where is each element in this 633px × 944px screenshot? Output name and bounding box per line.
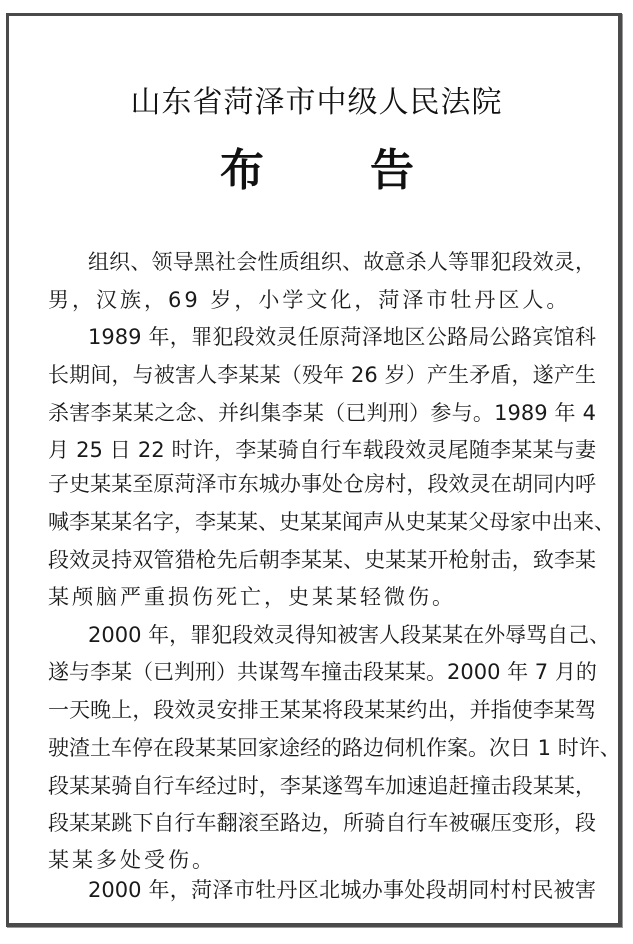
body-text-line: 2000 年，菏泽市牡丹区北城办事处段胡同村村民被害 bbox=[88, 876, 596, 904]
body-text-line: 一天晚上，段效灵安排王某某将段某某约出，并指使李某驾 bbox=[48, 696, 596, 724]
body-text-line: 子史某某至原菏泽市东城办事处仓房村，段效灵在胡同内呼 bbox=[48, 470, 596, 498]
body-text-line: 某某多处受伤。 bbox=[48, 846, 596, 874]
body-text-line: 段效灵持双管猎枪先后朝李某某、史某某开枪射击，致李某 bbox=[48, 546, 596, 574]
body-text-line: 杀害李某某之念、并纠集李某（已判刑）参与。1989 年 4 bbox=[48, 399, 596, 427]
body-text-line: 男，汉族，69 岁，小学文化，菏泽市牡丹区人。 bbox=[48, 286, 596, 314]
court-name-heading: 山东省菏泽市中级人民法院 bbox=[0, 84, 633, 122]
body-text-line: 段某某骑自行车经过时，李某遂驾车加速追赶撞击段某某， bbox=[48, 772, 596, 800]
notice-title-char-1: 布 bbox=[220, 145, 264, 197]
body-text-line: 驶渣土车停在段某某回家途经的路边伺机作案。次日 1 时许、 bbox=[48, 734, 596, 762]
body-text-line: 组织、领导黑社会性质组织、故意杀人等罪犯段效灵， bbox=[88, 248, 596, 276]
body-text-line: 喊李某某名字，李某某、史某某闻声从史某某父母家中出来、 bbox=[48, 508, 596, 536]
body-text-line: 1989 年，罪犯段效灵任原菏泽地区公路局公路宾馆科 bbox=[88, 323, 596, 351]
body-text-line: 月 25 日 22 时许，李某骑自行车载段效灵尾随李某某与妻 bbox=[48, 436, 596, 464]
body-text-line: 长期间，与被害人李某某（殁年 26 岁）产生矛盾，遂产生 bbox=[48, 361, 596, 389]
body-text-line: 某颅脑严重损伤死亡，史某某轻微伤。 bbox=[48, 583, 596, 611]
body-text-line: 段某某跳下自行车翻滚至路边，所骑自行车被碾压变形，段 bbox=[48, 809, 596, 837]
body-text-line: 遂与李某（已判刑）共谋驾车撞击段某某。2000 年 7 月的 bbox=[48, 658, 596, 686]
notice-title-char-2: 告 bbox=[370, 145, 414, 197]
body-text-line: 2000 年，罪犯段效灵得知被害人段某某在外辱骂自己、 bbox=[88, 621, 596, 649]
